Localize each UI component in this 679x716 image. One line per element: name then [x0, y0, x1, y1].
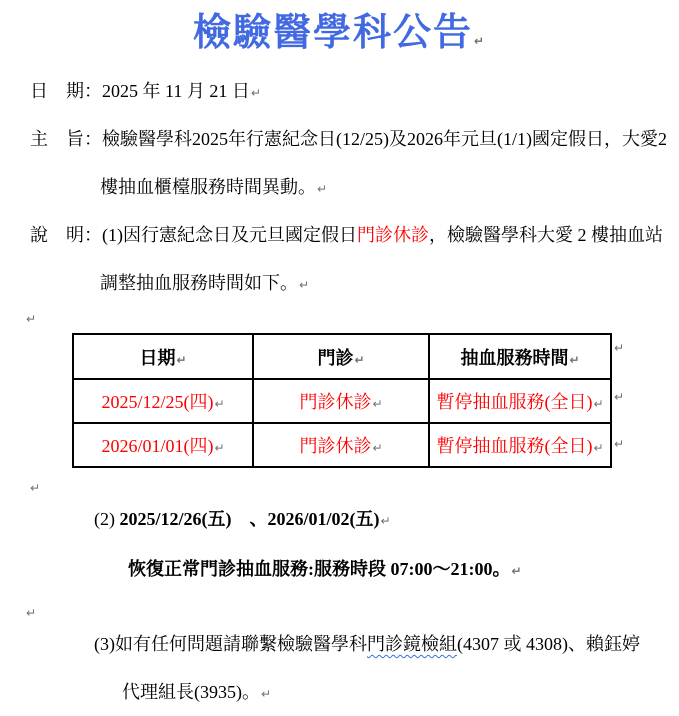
- cell-service-2: 暫停抽血服務(全日)↵: [429, 423, 611, 467]
- item3-line-2: 代理組長(3935)。↵: [122, 680, 271, 706]
- subject-text-1: 主 旨：檢驗醫學科2025年行憲紀念日(12/25)及2026年元旦(1/1)國…: [30, 129, 667, 149]
- header-cell-clinic: 門診↵: [253, 334, 429, 379]
- contact-group-underlined: 門診鏡檢組: [367, 634, 457, 654]
- paragraph-mark-icon: ↵: [614, 341, 624, 355]
- resume-date-2: 2026/01/02(五): [268, 509, 380, 529]
- date-text: 日 期：2025 年 11 月 21 日: [30, 81, 250, 101]
- clinic-value-1: 門診休診: [299, 392, 371, 412]
- subject-line-1: 主 旨：檢驗醫學科2025年行憲紀念日(12/25)及2026年元旦(1/1)國…: [30, 127, 667, 151]
- header-date-text: 日期: [139, 348, 175, 368]
- header-cell-service-hours: 抽血服務時間↵: [429, 334, 611, 379]
- table-row: 2026/01/01(四)↵ 門診休診↵ 暫停抽血服務(全日)↵: [73, 423, 611, 467]
- resume-date-1: 2025/12/26(五): [120, 509, 232, 529]
- date-line: 日 期：2025 年 11 月 21 日↵: [30, 79, 261, 105]
- acting-leader-text: 代理組長(3935)。: [122, 682, 260, 702]
- header-service-text: 抽血服務時間: [460, 348, 568, 368]
- paragraph-mark-icon: ↵: [317, 182, 327, 196]
- item3-line-1: (3)如有任何問題請聯繫檢驗醫學科門診鏡檢組(4307 或 4308)、賴鈺婷: [94, 632, 640, 656]
- paragraph-mark-icon: ↵: [176, 353, 186, 367]
- explanation-line-1: 說 明：(1)因行憲紀念日及元旦國定假日門診休診，檢驗醫學科大愛 2 樓抽血站: [30, 223, 663, 247]
- subject-text-2: 樓抽血櫃檯服務時間異動。: [100, 177, 316, 197]
- paragraph-mark-icon: ↵: [593, 397, 603, 411]
- paragraph-mark-icon: ↵: [614, 437, 624, 451]
- service-hours-text: 恢復正常門診抽血服務:服務時段 07:00～21:00。: [128, 559, 510, 579]
- clinic-value-2: 門診休診: [299, 436, 371, 456]
- explanation-prefix: 說 明：(1)因行憲紀念日及元旦國定假日: [30, 225, 357, 245]
- page-title: 檢驗醫學科公告↵: [0, 10, 679, 64]
- date-value-2: 2026/01/01(四): [101, 436, 213, 456]
- date-separator: 、: [232, 509, 268, 529]
- item3-prefix: (3)如有任何問題請聯繫檢驗醫學科: [94, 634, 367, 654]
- service-value-1: 暫停抽血服務(全日): [436, 392, 592, 412]
- cell-clinic-2: 門診休診↵: [253, 423, 429, 467]
- paragraph-mark-icon: ↵: [354, 353, 364, 367]
- date-value-1: 2025/12/25(四): [101, 392, 213, 412]
- clinic-closed-highlight: 門診休診: [357, 225, 429, 245]
- explanation-text-2: 調整抽血服務時間如下。: [100, 273, 298, 293]
- paragraph-mark-icon: ↵: [26, 312, 36, 326]
- cell-service-1: 暫停抽血服務(全日)↵: [429, 379, 611, 423]
- paragraph-mark-icon: ↵: [372, 397, 382, 411]
- item3-suffix: (4307 或 4308)、賴鈺婷: [457, 634, 640, 654]
- paragraph-mark-icon: ↵: [299, 278, 309, 292]
- paragraph-mark-icon: ↵: [614, 390, 624, 404]
- table-header-row: 日期↵ 門診↵ 抽血服務時間↵: [73, 334, 611, 379]
- item2-line-2: 恢復正常門診抽血服務:服務時段 07:00～21:00。↵: [128, 557, 522, 583]
- service-value-2: 暫停抽血服務(全日): [436, 436, 592, 456]
- paragraph-mark-icon: ↵: [30, 481, 40, 495]
- blood-draw-schedule-table: 日期↵ 門診↵ 抽血服務時間↵ 2025/12/25(四)↵ 門診休診↵ 暫停抽…: [72, 333, 612, 468]
- subject-line-2: 樓抽血櫃檯服務時間異動。↵: [100, 175, 327, 201]
- table-row: 2025/12/25(四)↵ 門診休診↵ 暫停抽血服務(全日)↵: [73, 379, 611, 423]
- paragraph-mark-icon: ↵: [372, 441, 382, 455]
- explanation-line-2: 調整抽血服務時間如下。↵: [100, 271, 309, 297]
- cell-date-1: 2025/12/25(四)↵: [73, 379, 253, 423]
- item2-number: (2): [94, 509, 120, 529]
- explanation-suffix: ，檢驗醫學科大愛 2 樓抽血站: [429, 225, 663, 245]
- paragraph-mark-icon: ↵: [569, 353, 579, 367]
- paragraph-mark-icon: ↵: [511, 564, 521, 578]
- paragraph-mark-icon: ↵: [214, 397, 224, 411]
- announcement-document: 檢驗醫學科公告↵ 日 期：2025 年 11 月 21 日↵ 主 旨：檢驗醫學科…: [0, 0, 679, 716]
- paragraph-mark-icon: ↵: [26, 606, 36, 620]
- header-clinic-text: 門診: [317, 348, 353, 368]
- paragraph-mark-icon: ↵: [261, 687, 271, 701]
- paragraph-mark-icon: ↵: [214, 441, 224, 455]
- paragraph-mark-icon: ↵: [593, 441, 603, 455]
- paragraph-mark-icon: ↵: [251, 86, 261, 100]
- cell-date-2: 2026/01/01(四)↵: [73, 423, 253, 467]
- paragraph-mark-icon: ↵: [381, 514, 391, 528]
- paragraph-mark-icon: ↵: [474, 34, 486, 48]
- header-cell-date: 日期↵: [73, 334, 253, 379]
- cell-clinic-1: 門診休診↵: [253, 379, 429, 423]
- item2-line-1: (2) 2025/12/26(五) 、2026/01/02(五)↵: [94, 507, 391, 533]
- page-title-text: 檢驗醫學科公告: [193, 12, 473, 54]
